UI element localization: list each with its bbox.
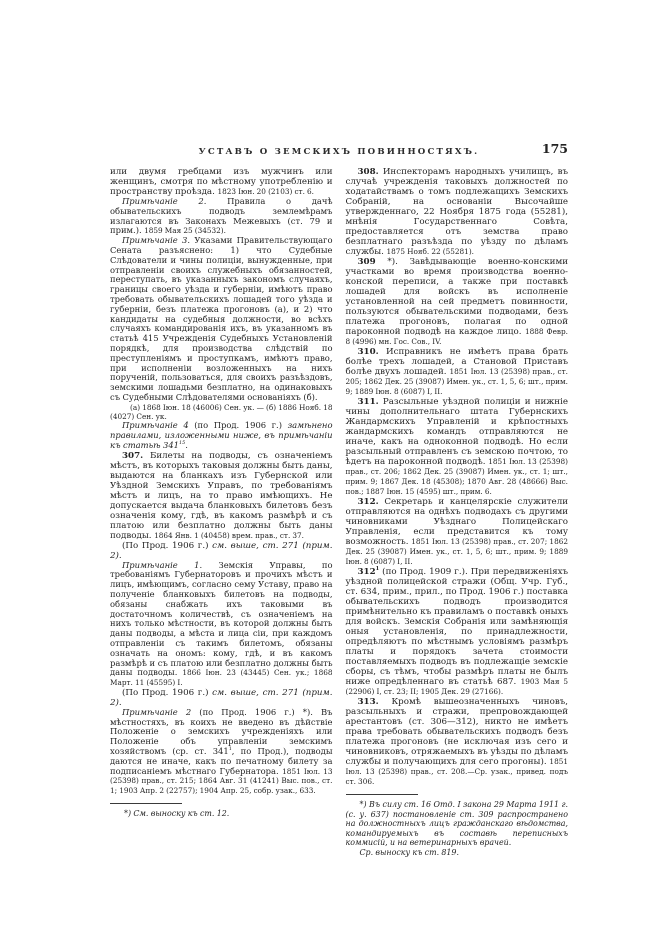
note-4: Примѣчаніе 4 (по Прод. 1906 г.) замѣнено…: [110, 421, 333, 450]
footnote-left: *) См. выноску къ ст. 12.: [110, 809, 333, 819]
para-continuation: или двумя гребцами изъ мужчинъ или женщи…: [110, 167, 333, 197]
text-segment: *) См. выноску къ ст. 12.: [124, 809, 229, 818]
prod-ref-1: (По Прод. 1906 г.) см. выше, ст. 271 (пр…: [110, 541, 333, 561]
text-segment: Кромѣ вышеозначенныхъ чиновъ, разсыльных…: [346, 697, 569, 767]
text-segment: 307.: [122, 451, 143, 461]
note-2-to-307: Примѣчаніе 2 (по Прод. 1906 г.) *). Въ м…: [110, 708, 333, 796]
text-segment: 1859 Мая 25 (34532).: [144, 226, 226, 235]
text-segment: 312: [358, 567, 376, 577]
text-segment: Примѣчаніе 2: [122, 707, 191, 717]
text-segment: Билеты на подводы, съ означеніемъ мѣстъ,…: [110, 451, 333, 541]
footnote-right-2: Ср. выноску къ ст. 819.: [346, 848, 569, 858]
text-segment: 1823 Іюн. 20 (2103) ст. 6.: [217, 187, 314, 196]
article-310: 310. Исправникъ не имѣетъ права брать бо…: [346, 347, 569, 397]
prod-ref-2: (По Прод. 1906 г.) см. выше, ст. 271 (пр…: [110, 688, 333, 708]
right-column: 308. Инспекторамъ народныхъ училищъ, въ …: [346, 167, 569, 858]
text-segment: 313.: [358, 697, 379, 707]
text-segment: Примѣчаніе 4: [122, 420, 189, 430]
footnote-separator-rule: [110, 803, 182, 804]
text-segment: 309: [358, 257, 376, 267]
text-segment: Примѣчаніе 3.: [122, 235, 190, 245]
text-segment: (по Прод. 1906 г.): [189, 420, 288, 430]
citation-note-3: (а) 1868 Іюн. 18 (46006) Сен. ук. — (б) …: [110, 403, 333, 421]
article-308: 308. Инспекторамъ народныхъ училищъ, въ …: [346, 167, 569, 257]
article-311: 311. Разсыльные уѣздной полиціи и нижніе…: [346, 397, 569, 497]
text-segment: Примѣчаніе 2.: [122, 196, 206, 206]
book-page: УСТАВЪ О ЗЕМСКИХЪ ПОВИННОСТЯХЪ. 175 или …: [0, 0, 660, 950]
footnote-separator-rule: [346, 794, 418, 795]
note-1-to-307: Примѣчаніе 1. Земскія Управы, по требова…: [110, 561, 333, 688]
page-number: 175: [542, 141, 568, 156]
text-segment: 1875 Нояб. 22 (55281).: [386, 247, 474, 256]
text-segment: 311.: [358, 397, 379, 407]
text-segment: 308.: [358, 167, 379, 177]
article-309: 309 *). Завѣдывающіе военно-конскими уча…: [346, 257, 569, 347]
text-segment: Примѣчаніе 1.: [122, 560, 202, 570]
note-2: Примѣчаніе 2. Правила о дачѣ обывательск…: [110, 197, 333, 236]
running-header-title: УСТАВЪ О ЗЕМСКИХЪ ПОВИННОСТЯХЪ.: [110, 147, 568, 157]
text-segment: 310.: [358, 347, 379, 357]
text-segment: .: [185, 440, 188, 450]
text-segment: (а) 1868 Іюн. 18 (46006) Сен. ук. — (б) …: [110, 403, 333, 421]
text-segment: (по Прод. 1909 г.). При передвиженіяхъ у…: [346, 567, 569, 687]
text-segment: Земскія Управы, по требованіямъ Губернат…: [110, 560, 333, 678]
article-313: 313. Кромѣ вышеозначенныхъ чиновъ, разсы…: [346, 697, 569, 787]
article-307: 307. Билеты на подводы, съ означеніемъ м…: [110, 451, 333, 541]
text-segment: (По Прод. 1906 г.): [122, 688, 212, 698]
left-column: или двумя гребцами изъ мужчинъ или женщи…: [110, 167, 333, 858]
footnote-right-1: *) Въ силу ст. 16 Отд. I закона 29 Марта…: [346, 800, 569, 848]
article-312: 312. Секретарь и канцелярскіе служители …: [346, 497, 569, 567]
note-3: Примѣчаніе 3. Указами Правительствующаго…: [110, 236, 333, 403]
article-312-1: 3121 (по Прод. 1909 г.). При передвижені…: [346, 567, 569, 697]
text-segment: *). Завѣдывающіе военно-конскими участка…: [346, 257, 569, 337]
text-segment: Инспекторамъ народныхъ училищъ, въ случа…: [346, 167, 569, 257]
text-segment: (По Прод. 1906 г.): [122, 541, 212, 551]
text-columns: или двумя гребцами изъ мужчинъ или женщи…: [110, 167, 568, 858]
text-segment: 312.: [358, 497, 379, 507]
text-segment: Ср. выноску къ ст. 819.: [360, 848, 459, 857]
text-segment: 1864 Янв. 1 (40458) врем. прав., ст. 37.: [154, 531, 304, 540]
text-segment: *) Въ силу ст. 16 Отд. I закона 29 Марта…: [346, 800, 569, 847]
text-segment: Указами Правительствующаго Сената разъяс…: [110, 235, 333, 402]
